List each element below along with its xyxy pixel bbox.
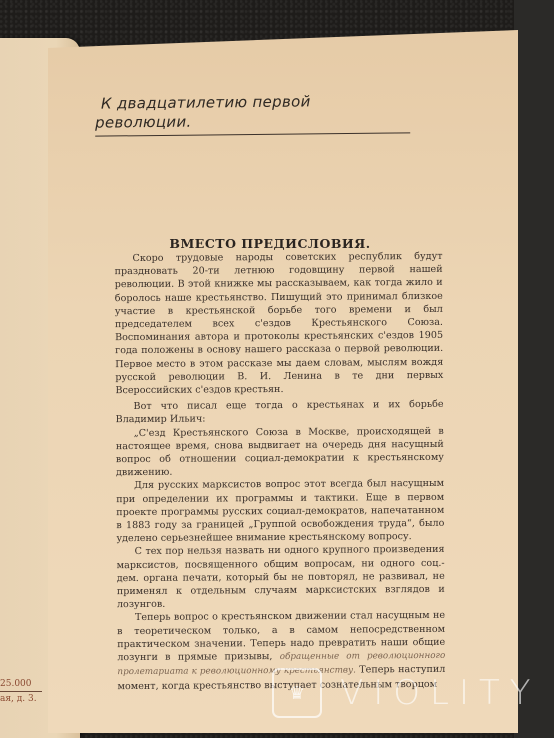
watermark-text: VIOLITY [340, 673, 541, 713]
paragraph-3: „С'езд Крестьянского Союза в Москве, про… [116, 424, 444, 479]
paragraph-2: Вот что писал еще тогда о крестьянах и и… [116, 398, 444, 427]
leather-background [514, 0, 554, 738]
crown-icon: ♛ [272, 668, 322, 718]
imprint-line-1: 25.000 [0, 678, 42, 692]
body-text: Скоро трудовые народы советских республи… [114, 250, 445, 693]
header-text: К двадцатилетию первой революции. [95, 92, 311, 131]
imprint-line-2: ая, д. 3. [0, 693, 42, 706]
section-title: ВМЕСТО ПРЕДИСЛОВИЯ. [100, 236, 440, 251]
paragraph-4: Для русских марксистов вопрос этот всегд… [116, 477, 444, 545]
paragraph-1: Скоро трудовые народы советских республи… [114, 250, 443, 398]
page-header: К двадцатилетию первой революции. [95, 90, 410, 136]
paragraph-5: С тех пор нельзя назвать ни одного крупн… [117, 543, 445, 611]
left-page-imprint: 25.000 ая, д. 3. [0, 678, 42, 706]
watermark: ♛ VIOLITY [272, 668, 541, 718]
